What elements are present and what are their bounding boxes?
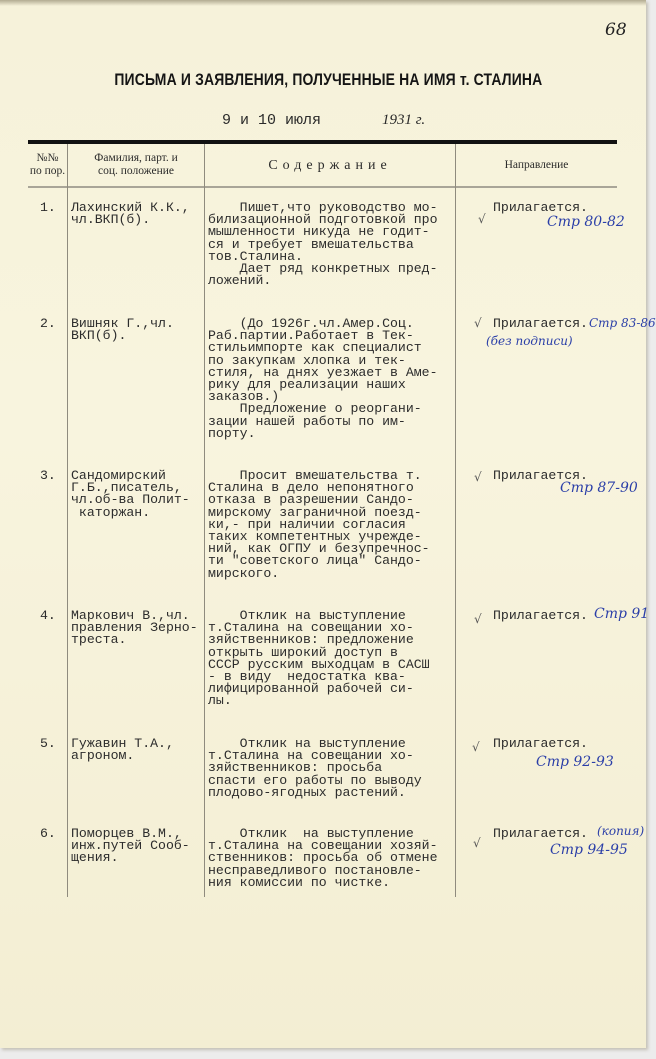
row-name: Маркович В.,чл. правления Зерно- треста.	[71, 610, 198, 647]
row-content: Отклик на выступление т.Сталина на совещ…	[208, 828, 438, 889]
row-content: Отклик на выступление т.Сталина на совещ…	[208, 610, 430, 708]
letters-table: №№ по пор. Фамилия, парт. и соц. положен…	[28, 140, 617, 897]
row-name: Гужавин Т.А., агроном.	[71, 738, 174, 762]
check-mark-icon: √	[474, 612, 482, 626]
document-title: ПИСЬМА И ЗАЯВЛЕНИЯ, ПОЛУЧЕННЫЕ НА ИМЯ т.…	[59, 70, 597, 90]
row-number: 2.	[40, 318, 56, 330]
handwritten-pages: Стр 92-93	[536, 754, 614, 770]
row-direction: Прилагается.	[493, 610, 588, 622]
header-name: Фамилия, парт. и соц. положение	[68, 144, 204, 186]
column-divider	[67, 144, 68, 897]
check-mark-icon: √	[478, 212, 486, 226]
handwritten-pages: Стр 87-90	[560, 480, 638, 496]
row-direction: Прилагается.	[493, 202, 588, 214]
row-direction: Прилагается.	[493, 738, 588, 750]
document-page: 68 ПИСЬМА И ЗАЯВЛЕНИЯ, ПОЛУЧЕННЫЕ НА ИМЯ…	[0, 0, 646, 1048]
handwritten-pages: Стр 94-95	[550, 842, 628, 858]
row-content: Просит вмешательства т. Сталина в дело н…	[208, 470, 430, 580]
row-content: Отклик на выступление т.Сталина на совещ…	[208, 738, 422, 799]
row-direction: Прилагается.	[493, 828, 588, 840]
check-mark-icon: √	[473, 836, 481, 850]
row-name: Вишняк Г.,чл. ВКП(б).	[71, 318, 174, 342]
handwritten-note: (копия)	[597, 824, 644, 838]
row-name: Поморцев В.М., инж.путей Сооб- щения.	[71, 828, 190, 865]
check-mark-icon: √	[474, 316, 482, 330]
handwritten-pages: Стр 80-82	[547, 214, 625, 230]
date-line: 9 и 10 июля 1931 г.	[222, 112, 321, 129]
row-number: 3.	[40, 470, 56, 482]
row-content: (До 1926г.чл.Амер.Соц. Раб.партии.Работа…	[208, 318, 438, 440]
row-number: 1.	[40, 202, 56, 214]
page-edge-shadow	[0, 0, 646, 6]
row-content: Пишет,что руководство мо- билизационной …	[208, 202, 438, 287]
handwritten-pages: Стр 83-86	[589, 316, 656, 330]
handwritten-note: (без подписи)	[486, 334, 573, 348]
column-divider	[204, 144, 205, 897]
row-number: 4.	[40, 610, 56, 622]
check-mark-icon: √	[472, 740, 480, 754]
date: 9 и 10 июля	[222, 112, 321, 129]
header-bottom-rule	[28, 186, 617, 188]
row-number: 6.	[40, 828, 56, 840]
row-direction: Прилагается.	[493, 318, 588, 330]
header-content: Содержание	[205, 144, 455, 186]
handwritten-pages: Стр 91	[594, 606, 649, 622]
row-name: Лахинский К.К., чл.ВКП(б).	[71, 202, 190, 226]
header-number: №№ по пор.	[28, 144, 67, 186]
year: 1931 г.	[382, 112, 425, 129]
header-direction: Направление	[456, 144, 617, 186]
column-divider	[455, 144, 456, 897]
check-mark-icon: √	[474, 470, 482, 484]
row-number: 5.	[40, 738, 56, 750]
row-name: Сандомирский Г.Б.,писатель, чл.об-ва Пол…	[71, 470, 190, 519]
page-number: 68	[605, 20, 627, 40]
